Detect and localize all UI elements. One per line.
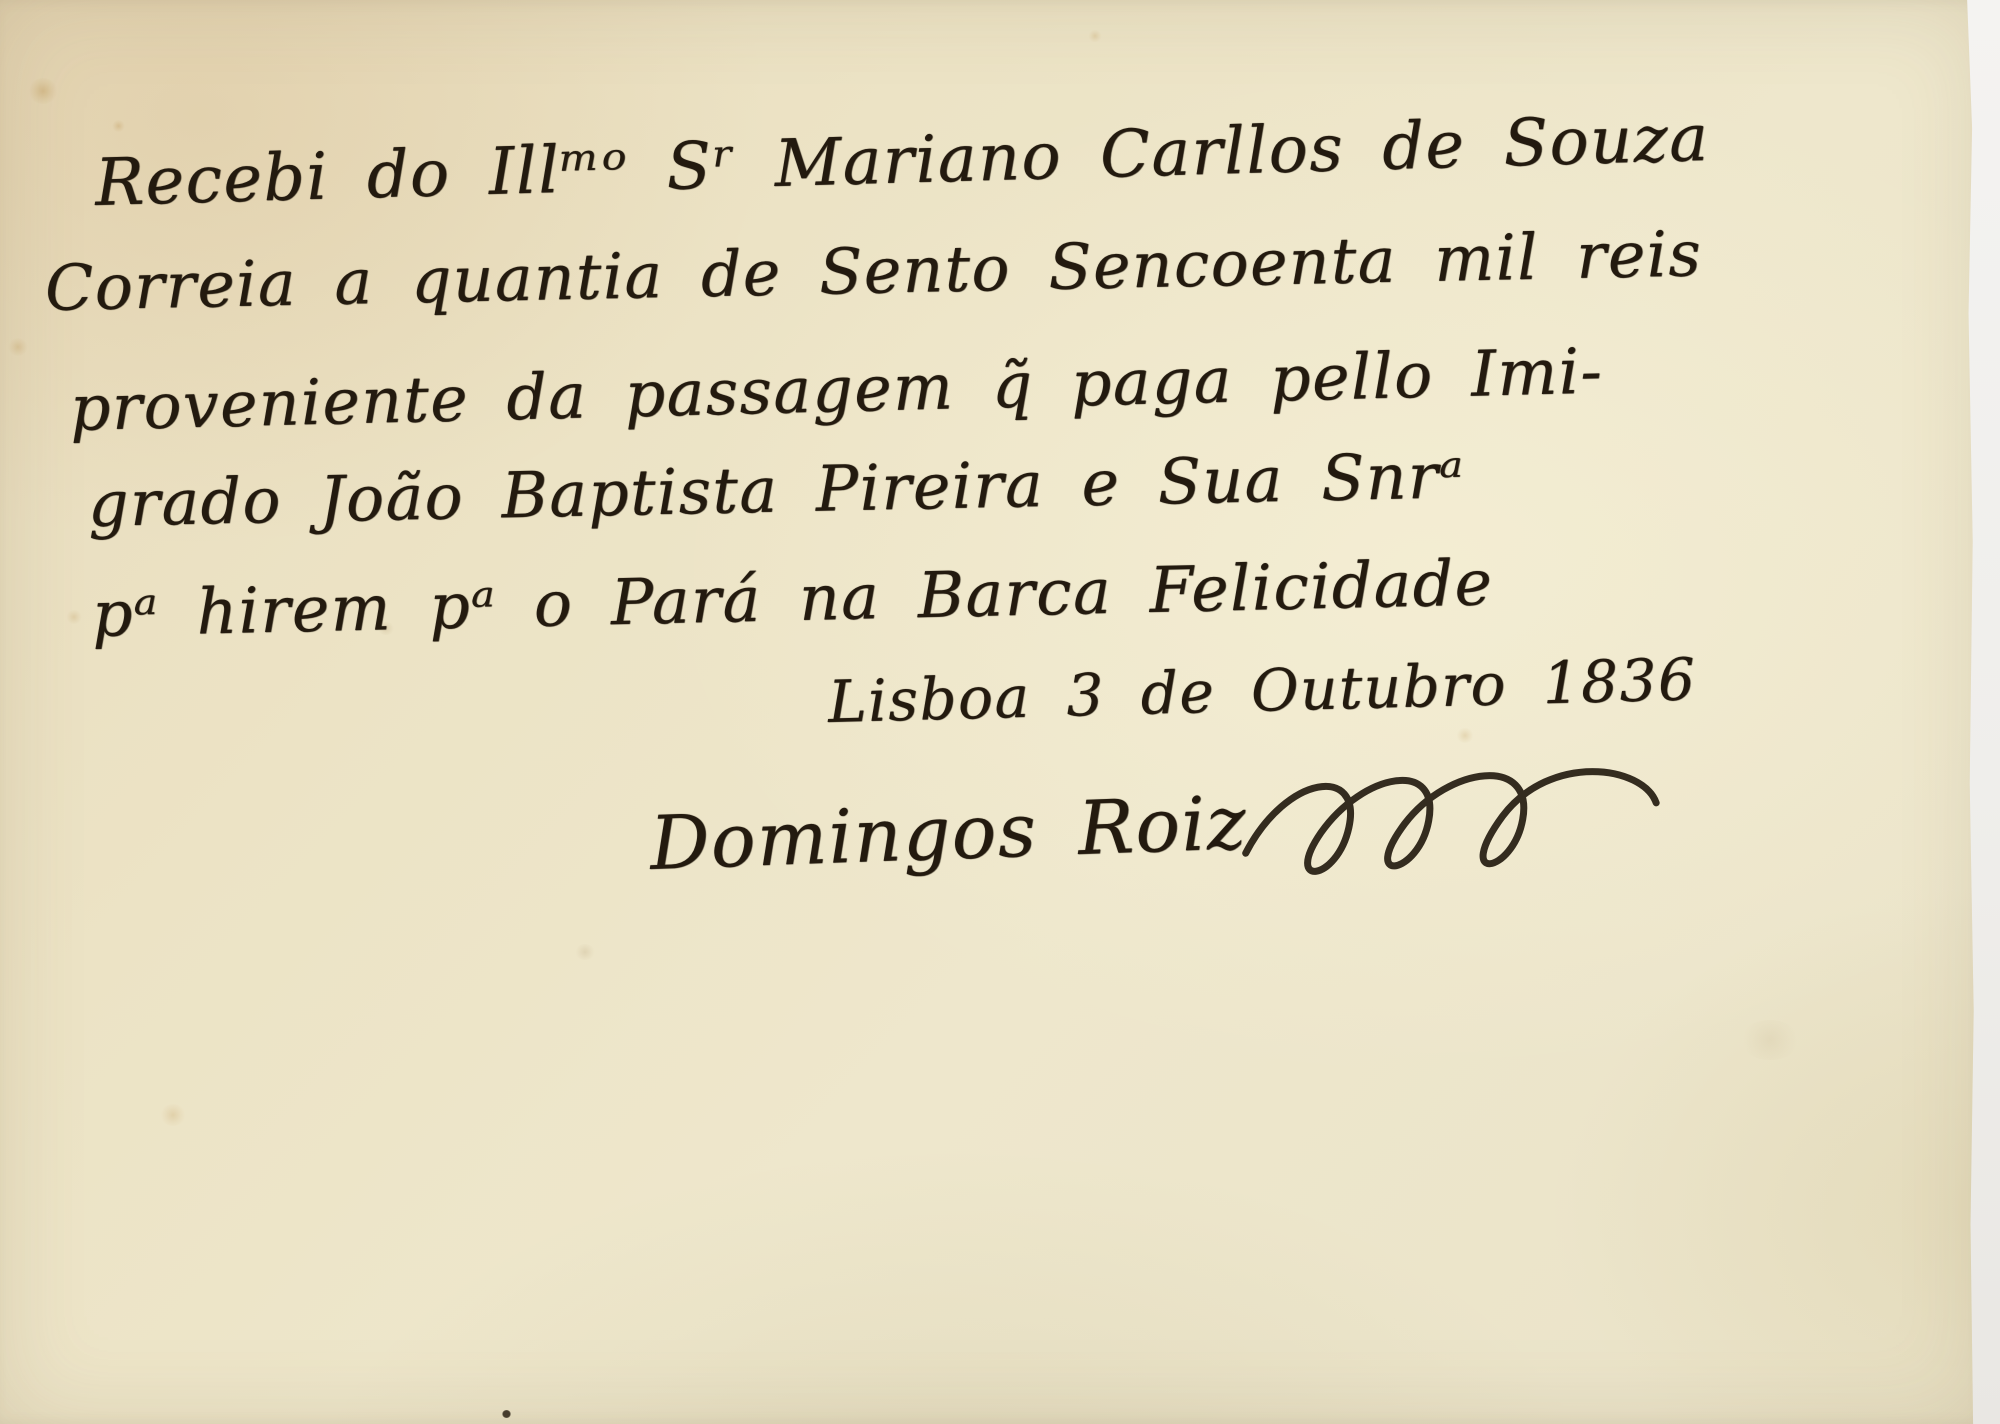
photographed-document: Recebi do Illᵐᵒ Sʳ Mariano Carllos de So…	[0, 0, 2000, 1424]
manuscript-line-2: Correia a quantia de Sento Sencoenta mil…	[44, 217, 1703, 325]
stain	[8, 338, 28, 356]
stain	[1740, 1020, 1800, 1060]
stain	[112, 120, 125, 132]
stain	[160, 1104, 186, 1126]
manuscript-dateline: Lisboa 3 de Outubro 1836	[827, 645, 1697, 736]
manuscript-line-1: Recebi do Illᵐᵒ Sʳ Mariano Carllos de So…	[94, 101, 1710, 221]
stain	[28, 78, 58, 104]
signature-name: Domingos Roiz	[648, 780, 1248, 887]
stain	[575, 944, 595, 960]
ink-speck	[502, 1410, 511, 1418]
manuscript-paper: Recebi do Illᵐᵒ Sʳ Mariano Carllos de So…	[0, 0, 1986, 1424]
signature-block: Domingos Roiz	[647, 725, 1669, 928]
stain	[66, 610, 82, 624]
signature-flourish-icon	[1235, 743, 1670, 908]
manuscript-line-4: grado João Baptista Pireira e Sua Snrᵃ	[87, 439, 1465, 541]
manuscript-line-3: proveniente da passagem q̃ paga pello Im…	[69, 335, 1604, 445]
stain	[1088, 30, 1102, 42]
manuscript-line-5: pᵃ hirem pᵃ o Pará na Barca Felicidade	[91, 546, 1494, 651]
